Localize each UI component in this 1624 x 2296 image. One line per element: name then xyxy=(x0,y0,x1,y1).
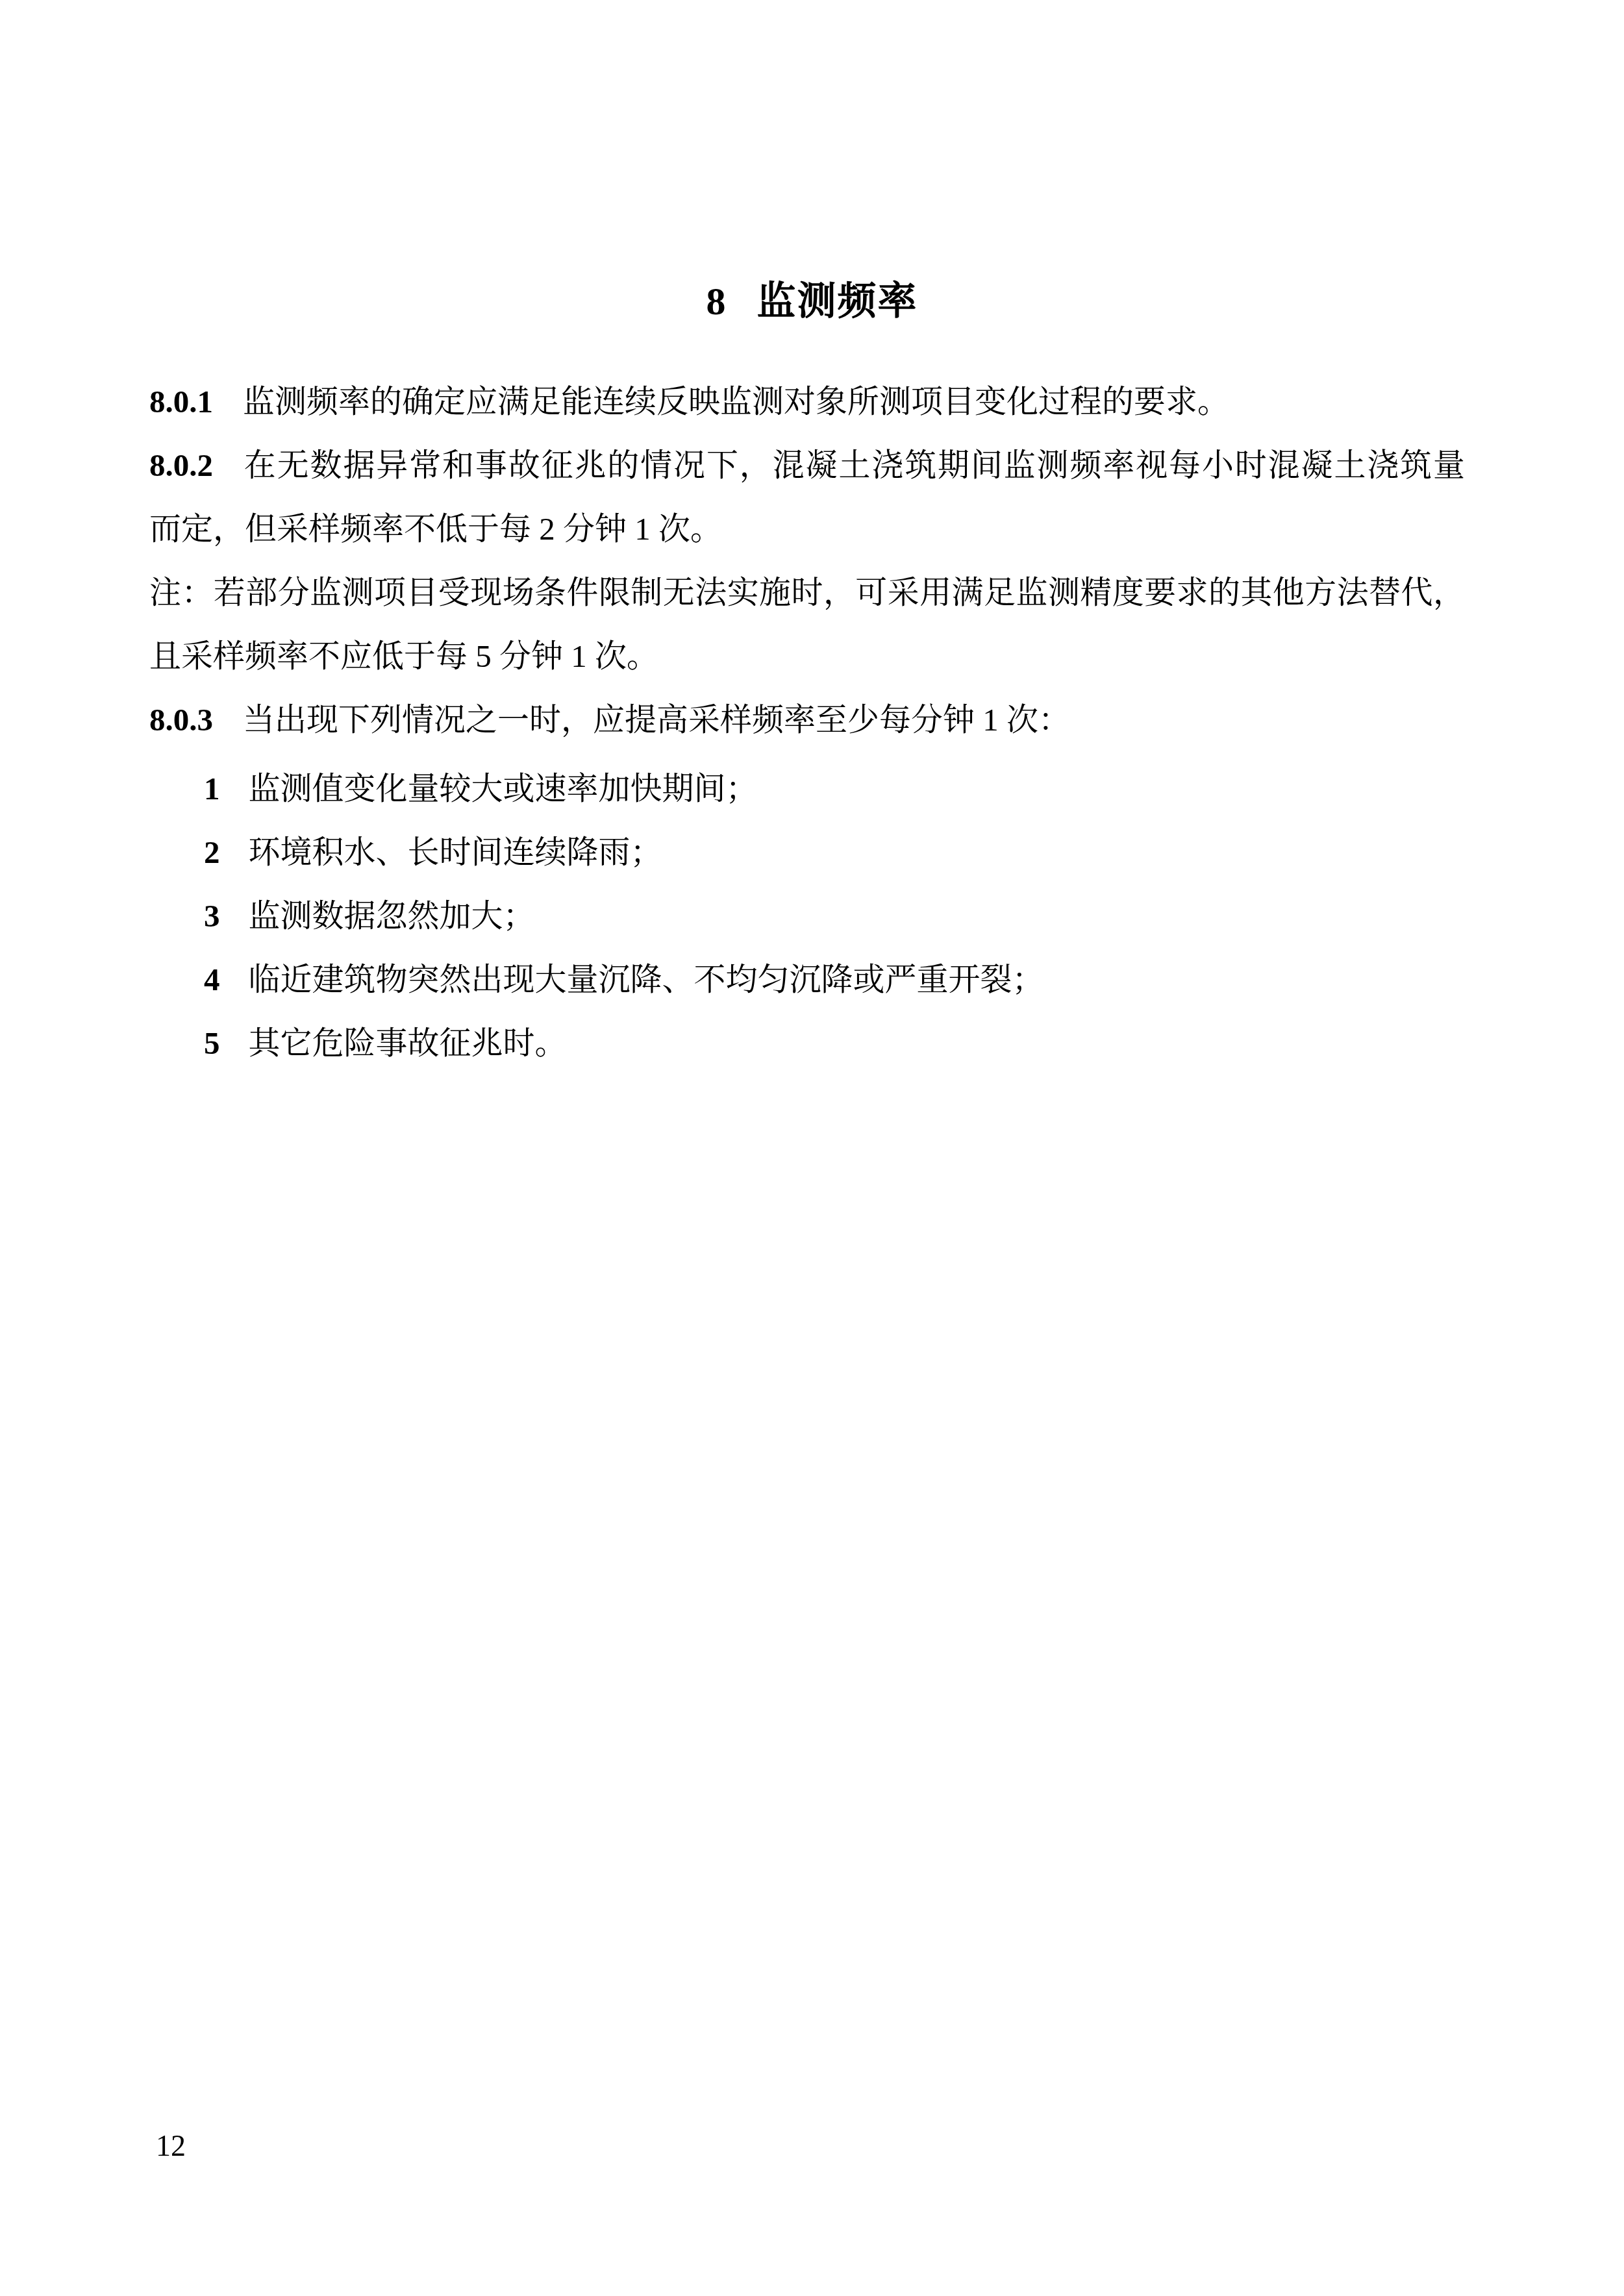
list-item-3: 3监测数据忽然加大； xyxy=(149,884,1465,948)
list-item-5-text: 其它危险事故征兆时。 xyxy=(249,1025,567,1061)
list-item-2-text: 环境积水、长时间连续降雨； xyxy=(249,834,662,870)
list-item-2-number: 2 xyxy=(204,834,220,870)
list-item-1: 1监测值变化量较大或速率加快期间； xyxy=(149,757,1465,821)
note-text-2: 且采样频率不应低于每 5 分钟 1 次。 xyxy=(149,638,658,674)
chapter-heading: 8监测频率 xyxy=(0,281,1624,321)
list-item-3-number: 3 xyxy=(204,898,220,934)
list-item-4-number: 4 xyxy=(204,962,220,997)
list-item-4: 4临近建筑物突然出现大量沉降、不均匀沉降或严重开裂； xyxy=(149,948,1465,1012)
note-line-2: 且采样频率不应低于每 5 分钟 1 次。 xyxy=(149,625,1465,688)
clause-8-0-3-number: 8.0.3 xyxy=(149,702,213,738)
list-item-2: 2环境积水、长时间连续降雨； xyxy=(149,821,1465,884)
clause-8-0-1: 8.0.1监测频率的确定应满足能连续反映监测对象所测项目变化过程的要求。 xyxy=(149,370,1465,434)
body-text: 8.0.1监测频率的确定应满足能连续反映监测对象所测项目变化过程的要求。 8.0… xyxy=(149,370,1465,1075)
list-item-5: 5其它危险事故征兆时。 xyxy=(149,1012,1465,1075)
clause-8-0-1-number: 8.0.1 xyxy=(149,384,213,419)
clause-8-0-3: 8.0.3当出现下列情况之一时，应提高采样频率至少每分钟 1 次： xyxy=(149,688,1465,752)
chapter-number: 8 xyxy=(706,280,727,323)
list-item-4-text: 临近建筑物突然出现大量沉降、不均匀沉降或严重开裂； xyxy=(249,962,1044,997)
clause-8-0-2-text-2: 而定，但采样频率不低于每 2 分钟 1 次。 xyxy=(149,511,722,547)
document-page: 8监测频率 8.0.1监测频率的确定应满足能连续反映监测对象所测项目变化过程的要… xyxy=(0,0,1624,2296)
clause-8-0-3-text: 当出现下列情况之一时，应提高采样频率至少每分钟 1 次： xyxy=(243,702,1070,738)
clause-8-0-1-text: 监测频率的确定应满足能连续反映监测对象所测项目变化过程的要求。 xyxy=(243,384,1229,419)
clause-8-0-2-line-1: 8.0.2在无数据异常和事故征兆的情况下，混凝土浇筑期间监测频率视每小时混凝土浇… xyxy=(149,434,1465,497)
list-item-3-text: 监测数据忽然加大； xyxy=(249,898,535,934)
list-item-5-number: 5 xyxy=(204,1025,220,1061)
note-text-1: 注：若部分监测项目受现场条件限制无法实施时，可采用满足监测精度要求的其他方法替代… xyxy=(149,575,1465,610)
chapter-title: 监测频率 xyxy=(757,280,918,323)
note-line-1: 注：若部分监测项目受现场条件限制无法实施时，可采用满足监测精度要求的其他方法替代… xyxy=(149,561,1465,625)
list-item-1-number: 1 xyxy=(204,771,220,806)
clause-8-0-2-number: 8.0.2 xyxy=(149,447,213,483)
clause-8-0-2-line-2: 而定，但采样频率不低于每 2 分钟 1 次。 xyxy=(149,497,1465,561)
list-item-1-text: 监测值变化量较大或速率加快期间； xyxy=(249,771,758,806)
clause-8-0-2-text-1: 在无数据异常和事故征兆的情况下，混凝土浇筑期间监测频率视每小时混凝土浇筑量 xyxy=(243,447,1465,483)
page-number: 12 xyxy=(156,2130,186,2162)
